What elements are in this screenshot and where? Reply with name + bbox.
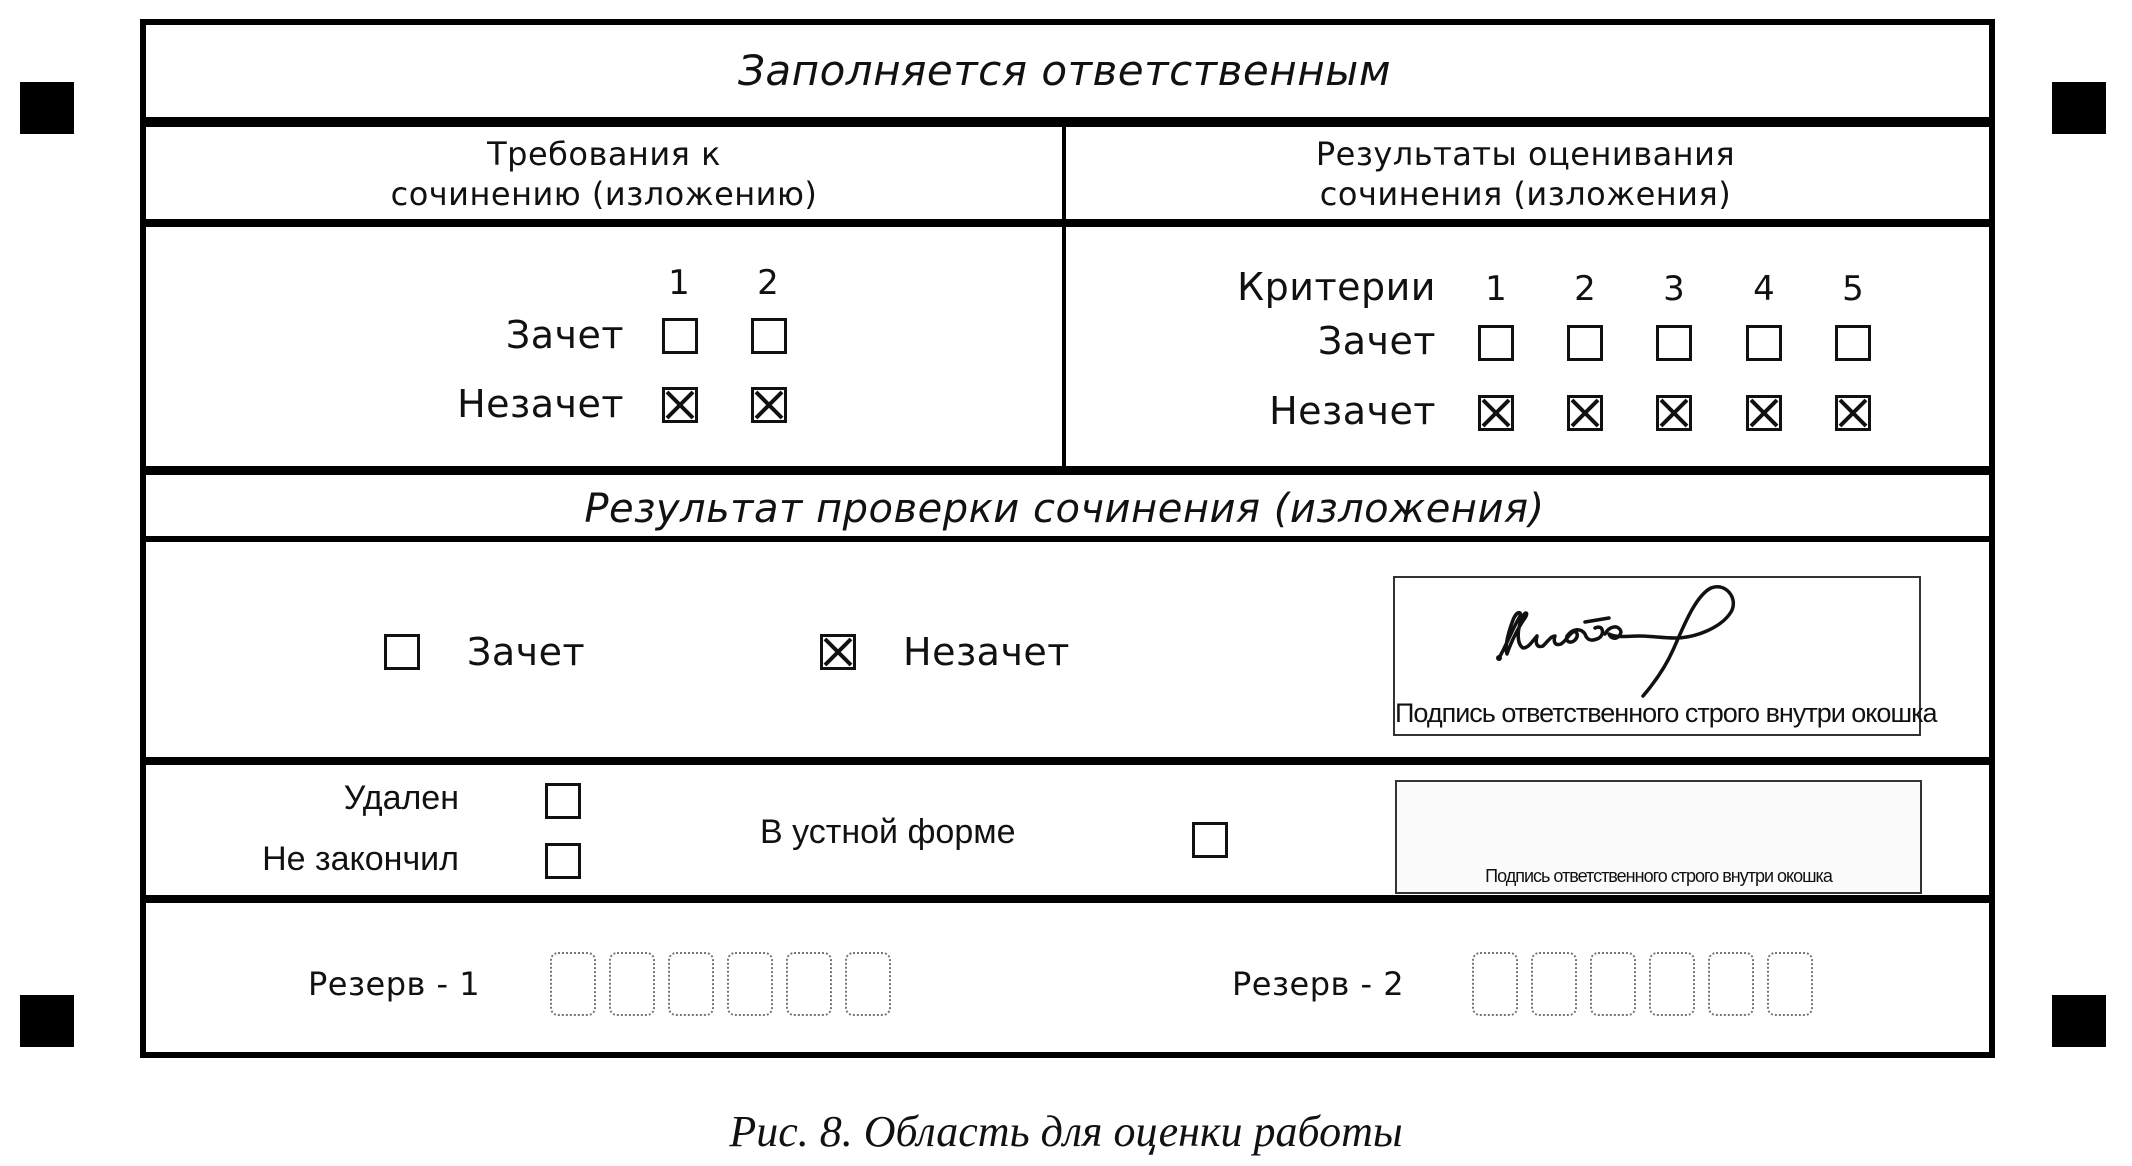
- oral-form-label: В устной форме: [760, 815, 1016, 849]
- requirements-column-1: 1: [661, 266, 697, 300]
- not-finished-label: Не закончил: [262, 842, 459, 876]
- criteria-column-3: 3: [1656, 272, 1692, 306]
- requirements-row-pass-label: Зачет: [506, 316, 624, 354]
- reserve-1-cell[interactable]: [727, 952, 773, 1016]
- criteria-column-4: 4: [1746, 272, 1782, 306]
- reserve-2-cell[interactable]: [1649, 952, 1695, 1016]
- criteria-pass-checkbox-2[interactable]: [1567, 325, 1603, 361]
- removed-label: Удален: [344, 781, 459, 815]
- reserve-1-label: Резерв - 1: [308, 968, 480, 1000]
- result-fail-label: Незачет: [903, 633, 1070, 671]
- criteria-column-2: 2: [1567, 272, 1603, 306]
- reserve-2-label: Резерв - 2: [1232, 968, 1404, 1000]
- signature-caption-status: Подпись ответственного строго внутри око…: [1397, 866, 1920, 887]
- cross-mark-icon: [1838, 398, 1868, 428]
- figure-caption: Рис. 8. Область для оценки работы: [0, 1110, 2132, 1154]
- criteria-label: Критерии: [1237, 268, 1436, 306]
- reserve-1-cell[interactable]: [845, 952, 891, 1016]
- divider-middle: [140, 466, 1989, 475]
- cross-mark-icon: [823, 637, 853, 667]
- reserve-1-cell[interactable]: [668, 952, 714, 1016]
- cross-mark-icon: [1749, 398, 1779, 428]
- requirements-row-fail-label: Незачет: [457, 385, 624, 423]
- divider-status: [140, 895, 1989, 903]
- registration-marker-bottom-right: [2052, 995, 2106, 1047]
- signature-caption-result: Подпись ответственного строго внутри око…: [1395, 698, 1919, 729]
- requirements-pass-checkbox-2[interactable]: [751, 318, 787, 354]
- registration-marker-bottom-left: [20, 995, 74, 1047]
- divider-header: [140, 117, 1989, 127]
- removed-checkbox[interactable]: [545, 783, 581, 819]
- cross-mark-icon: [1481, 398, 1511, 428]
- form-title: Заполняется ответственным: [140, 50, 1989, 92]
- divider-result-title: [140, 536, 1989, 542]
- not-finished-checkbox[interactable]: [545, 843, 581, 879]
- evaluation-header-line2: сочинения (изложения): [1066, 178, 1985, 210]
- signature-box-result[interactable]: Подпись ответственного строго внутри око…: [1393, 576, 1921, 736]
- reserve-2-cell[interactable]: [1708, 952, 1754, 1016]
- requirements-pass-checkbox-1[interactable]: [662, 318, 698, 354]
- cross-mark-icon: [1659, 398, 1689, 428]
- criteria-pass-checkbox-4[interactable]: [1746, 325, 1782, 361]
- criteria-column-5: 5: [1835, 272, 1871, 306]
- result-pass-checkbox[interactable]: [384, 634, 420, 670]
- requirements-header-line2: сочинению (изложению): [146, 178, 1062, 210]
- criteria-fail-checkbox-4[interactable]: [1746, 395, 1782, 431]
- registration-marker-top-right: [2052, 82, 2106, 134]
- divider-result: [140, 757, 1989, 765]
- result-fail-checkbox[interactable]: [820, 634, 856, 670]
- signature-box-status[interactable]: Подпись ответственного строго внутри око…: [1395, 780, 1922, 894]
- reserve-1-cell[interactable]: [609, 952, 655, 1016]
- evaluation-header-line1: Результаты оценивания: [1066, 138, 1985, 170]
- cross-mark-icon: [665, 390, 695, 420]
- criteria-fail-checkbox-2[interactable]: [1567, 395, 1603, 431]
- reserve-2-cell[interactable]: [1531, 952, 1577, 1016]
- criteria-pass-checkbox-5[interactable]: [1835, 325, 1871, 361]
- criteria-pass-checkbox-1[interactable]: [1478, 325, 1514, 361]
- reserve-2-cell[interactable]: [1590, 952, 1636, 1016]
- evaluation-row-fail-label: Незачет: [1269, 392, 1436, 430]
- criteria-column-1: 1: [1478, 272, 1514, 306]
- cross-mark-icon: [754, 390, 784, 420]
- requirements-header-line1: Требования к: [146, 138, 1062, 170]
- evaluation-row-pass-label: Зачет: [1318, 322, 1436, 360]
- reserve-2-cell[interactable]: [1472, 952, 1518, 1016]
- result-pass-label: Зачет: [467, 633, 585, 671]
- requirements-column-2: 2: [750, 266, 786, 300]
- registration-marker-top-left: [20, 82, 74, 134]
- cross-mark-icon: [1570, 398, 1600, 428]
- requirements-fail-checkbox-2[interactable]: [751, 387, 787, 423]
- reserve-2-cell[interactable]: [1767, 952, 1813, 1016]
- criteria-pass-checkbox-3[interactable]: [1656, 325, 1692, 361]
- requirements-fail-checkbox-1[interactable]: [662, 387, 698, 423]
- reserve-1-cell[interactable]: [550, 952, 596, 1016]
- oral-form-checkbox[interactable]: [1192, 822, 1228, 858]
- criteria-fail-checkbox-5[interactable]: [1835, 395, 1871, 431]
- reserve-1-cell[interactable]: [786, 952, 832, 1016]
- result-title: Результат проверки сочинения (изложения): [140, 489, 1989, 529]
- criteria-fail-checkbox-3[interactable]: [1656, 395, 1692, 431]
- criteria-fail-checkbox-1[interactable]: [1478, 395, 1514, 431]
